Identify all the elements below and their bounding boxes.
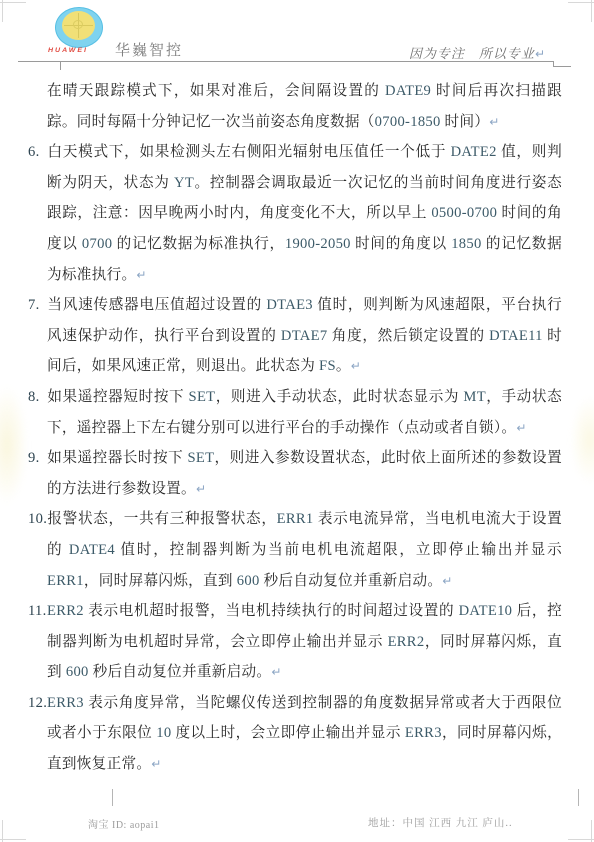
header-rule-tail: [553, 66, 571, 67]
paragraph-return-mark: ↵: [351, 359, 361, 373]
latin-term: DATE4: [69, 542, 115, 558]
paragraph-return-mark: ↵: [535, 47, 546, 61]
paragraph-return-mark: ↵: [271, 665, 281, 679]
company-logo-icon: [55, 7, 103, 48]
paragraph-return-mark: ↵: [136, 268, 146, 282]
footer-address: 地址：中国 江西 九江 庐山..: [368, 815, 513, 830]
latin-term: DATE10: [459, 603, 513, 619]
latin-term: ERR1: [47, 573, 84, 589]
paragraph-return-mark: ↵: [516, 421, 526, 435]
latin-term: 1900-2050: [285, 236, 351, 252]
latin-term: 0700-1850: [375, 114, 441, 130]
paragraph-return-mark: ↵: [151, 757, 161, 771]
company-name: 华巍智控: [115, 39, 183, 60]
latin-term: 600: [66, 664, 89, 680]
latin-term: SET: [187, 450, 214, 466]
latin-term: SET: [189, 389, 216, 405]
latin-term: DATE9: [385, 83, 431, 99]
item-number: 12.: [28, 688, 47, 719]
latin-term: YT: [174, 175, 194, 191]
watermark-smudge: [570, 395, 594, 485]
intro-paragraph: 在晴天跟踪模式下，如果对准后，会间隔设置的 DATE9 时间后再次扫描跟踪。同时…: [28, 76, 562, 137]
item-number: 11.: [28, 596, 47, 627]
latin-term: ERR2: [388, 634, 425, 650]
item-number: 6.: [28, 137, 47, 168]
item-number: 10.: [28, 504, 47, 535]
latin-term: 0700: [82, 236, 112, 252]
latin-term: DTAE3: [266, 297, 313, 313]
latin-term: 10: [156, 725, 171, 741]
list-item: 9.如果遥控器长时按下 SET，则进入参数设置状态，此时依上面所述的参数设置的方…: [28, 443, 562, 504]
latin-term: DTAE11: [489, 328, 543, 344]
header-rule: [18, 61, 553, 62]
latin-term: ERR3: [405, 725, 442, 741]
latin-term: DATE2: [451, 144, 497, 160]
item-number: 9.: [28, 443, 47, 474]
paragraph-return-mark: ↵: [196, 482, 206, 496]
footer-boundary-tick: [578, 789, 579, 806]
list-item: 11.ERR2 表示电机超时报警，当电机持续执行的时间超过设置的 DATE10 …: [28, 596, 562, 688]
slogan-text: 因为专注 所以专业: [409, 46, 535, 61]
footer-taobao-id: 淘宝 ID: aopai1: [88, 816, 160, 831]
list-item: 12.ERR3 表示角度异常，当陀螺仪传送到控制器的角度数据异常或者大于西限位或…: [28, 688, 562, 780]
latin-term: MT: [463, 389, 486, 405]
header-boundary-tick: [60, 61, 61, 70]
list-item: 7.当风速传感器电压值超过设置的 DTAE3 值时，则判断为风速超限，平台执行风…: [28, 290, 562, 382]
list-item: 6.白天模式下，如果检测头左右侧阳光辐射电压值任一个低于 DATE2 值，则判断…: [28, 137, 562, 290]
latin-term: 1850: [451, 236, 481, 252]
list-item: 10.报警状态，一共有三种报警状态，ERR1 表示电流异常，当电机电流大于设置的…: [28, 504, 562, 596]
item-number: 8.: [28, 382, 47, 413]
header-boundary-tick: [553, 61, 554, 67]
latin-term: FS: [319, 358, 336, 374]
latin-term: 0500-0700: [431, 205, 497, 221]
company-slogan: 因为专注 所以专业↵: [409, 43, 546, 62]
watermark-smudge: [0, 385, 28, 505]
paragraph-return-mark: ↵: [442, 574, 452, 588]
body-paragraphs: 在晴天跟踪模式下，如果对准后，会间隔设置的 DATE9 时间后再次扫描跟踪。同时…: [28, 76, 562, 780]
latin-term: ERR1: [277, 511, 314, 527]
logo-wordmark: HUAWEI: [46, 47, 90, 53]
item-number: 7.: [28, 290, 47, 321]
footer-boundary-tick: [112, 789, 113, 806]
latin-term: 600: [237, 573, 260, 589]
paragraph-return-mark: ↵: [489, 115, 499, 129]
latin-term: ERR3: [47, 695, 84, 711]
latin-term: ERR2: [47, 603, 84, 619]
list-item: 8.如果遥控器短时按下 SET，则进入手动状态，此时状态显示为 MT，手动状态下…: [28, 382, 562, 443]
latin-term: DTAE7: [281, 328, 328, 344]
